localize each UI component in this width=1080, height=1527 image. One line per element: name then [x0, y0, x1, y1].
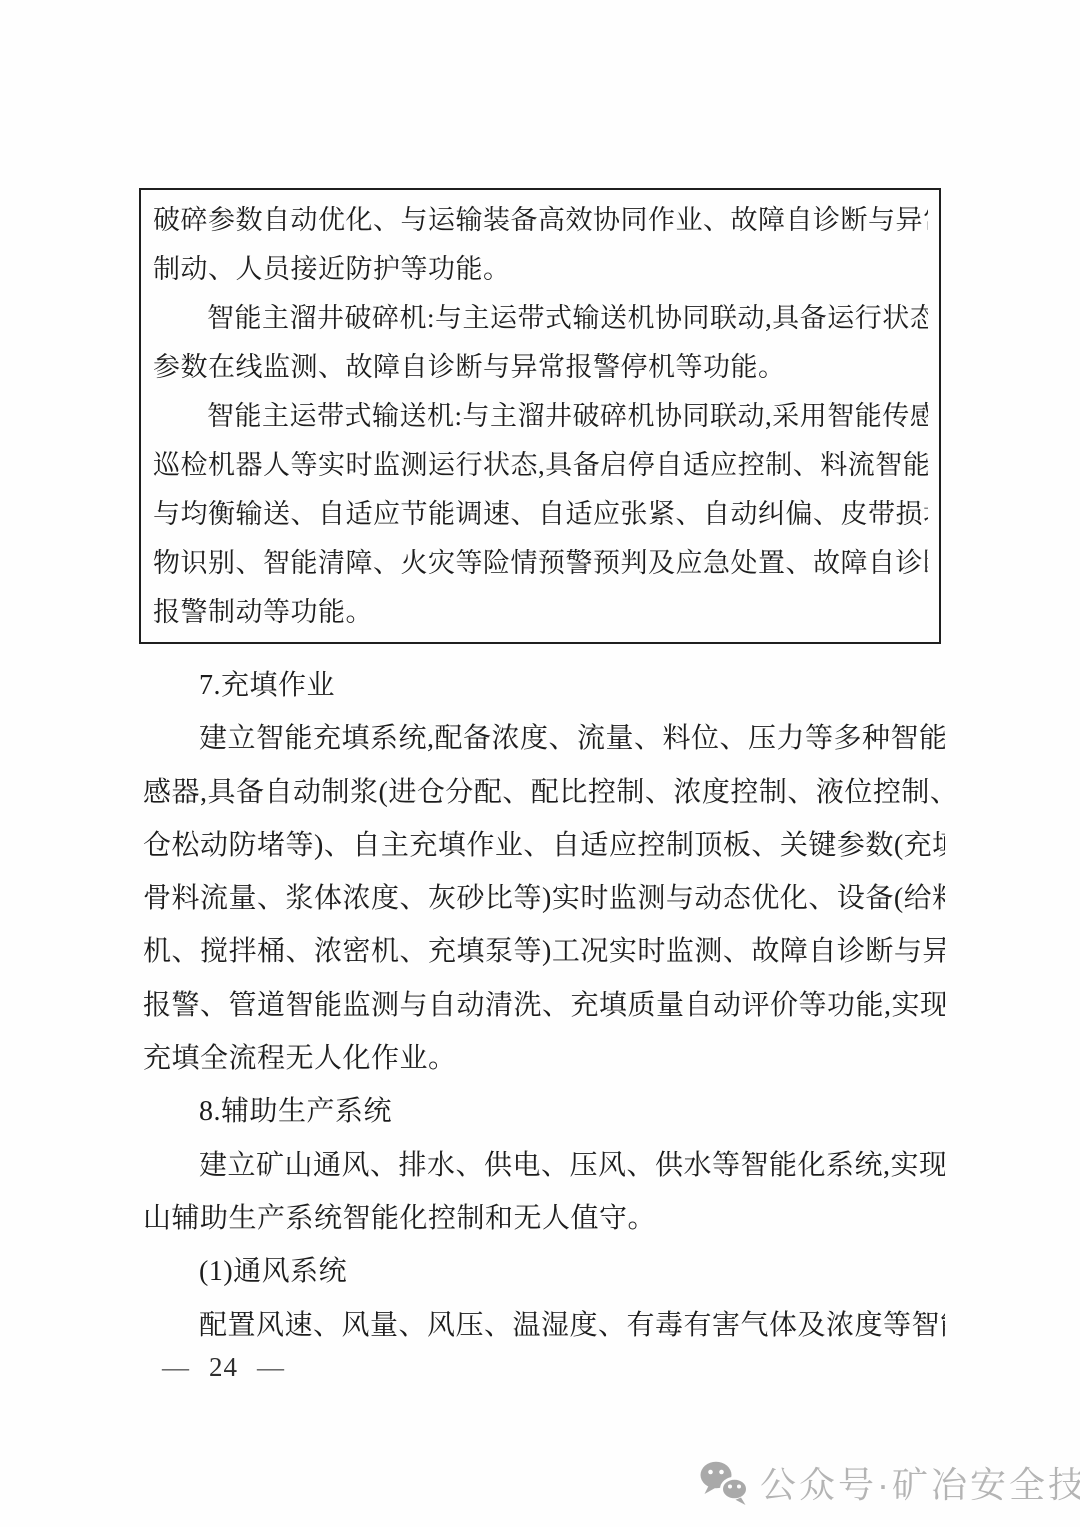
box-line: 智能主溜井破碎机:与主运带式输送机协同联动,具备运行状态及 — [153, 294, 928, 343]
document-page: 破碎参数自动优化、与运输装备高效协同作业、故障自诊断与异常报警 制动、人员接近防… — [0, 0, 1080, 1527]
page-footer: — 24 — — [162, 1352, 285, 1383]
footer-dash-right: — — [257, 1352, 285, 1383]
watermark-label: 公众号·矿冶安全技术 — [760, 1457, 1080, 1508]
box-line: 物识别、智能清障、火灾等险情预警预判及应急处置、故障自诊断与异常 — [153, 539, 928, 588]
footer-dash-left: — — [162, 1352, 190, 1383]
box-line: 制动、人员接近防护等功能。 — [153, 245, 928, 294]
box-line: 与均衡输送、自适应节能调速、自适应张紧、自动纠偏、皮带损坏识别、异 — [153, 490, 928, 539]
text-line: 机、搅拌桶、浓密机、充填泵等)工况实时监测、故障自诊断与异常 — [143, 925, 945, 978]
text-line: 骨料流量、浆体浓度、灰砂比等)实时监测与动态优化、设备(给料 — [143, 872, 945, 925]
excerpt-box: 破碎参数自动优化、与运输装备高效协同作业、故障自诊断与异常报警 制动、人员接近防… — [139, 188, 941, 644]
text-line: 建立矿山通风、排水、供电、压风、供水等智能化系统,实现矿 — [143, 1139, 945, 1192]
text-line: 建立智能充填系统,配备浓度、流量、料位、压力等多种智能传 — [143, 712, 945, 765]
text-line: 仓松动防堵等)、自主充填作业、自适应控制顶板、关键参数(充填 — [143, 819, 945, 872]
wechat-icon — [699, 1460, 751, 1506]
body-text: 7.充填作业 建立智能充填系统,配备浓度、流量、料位、压力等多种智能传 感器,具… — [143, 659, 945, 1352]
page-number: 24 — [209, 1352, 238, 1383]
text-line: 感器,具备自动制浆(进仓分配、配比控制、浓度控制、液位控制、料 — [143, 766, 945, 819]
text-line: 配置风速、风量、风压、温湿度、有毒有害气体及浓度等智能传 — [143, 1299, 945, 1352]
section-heading: 8.辅助生产系统 — [143, 1085, 945, 1138]
box-line: 报警制动等功能。 — [153, 588, 928, 637]
box-line: 巡检机器人等实时监测运行状态,具备启停自适应控制、料流智能感知 — [153, 441, 928, 490]
watermark: 公众号·矿冶安全技术 — [699, 1457, 1080, 1508]
box-line: 智能主运带式输送机:与主溜井破碎机协同联动,采用智能传感器、 — [153, 392, 928, 441]
text-line: 报警、管道智能监测与自动清洗、充填质量自动评价等功能,实现 — [143, 979, 945, 1032]
box-line: 破碎参数自动优化、与运输装备高效协同作业、故障自诊断与异常报警 — [153, 196, 928, 245]
subsection-heading: (1)通风系统 — [143, 1245, 945, 1298]
text-line: 山辅助生产系统智能化控制和无人值守。 — [143, 1192, 945, 1245]
box-line: 参数在线监测、故障自诊断与异常报警停机等功能。 — [153, 343, 928, 392]
section-heading: 7.充填作业 — [143, 659, 945, 712]
text-line: 充填全流程无人化作业。 — [143, 1032, 945, 1085]
